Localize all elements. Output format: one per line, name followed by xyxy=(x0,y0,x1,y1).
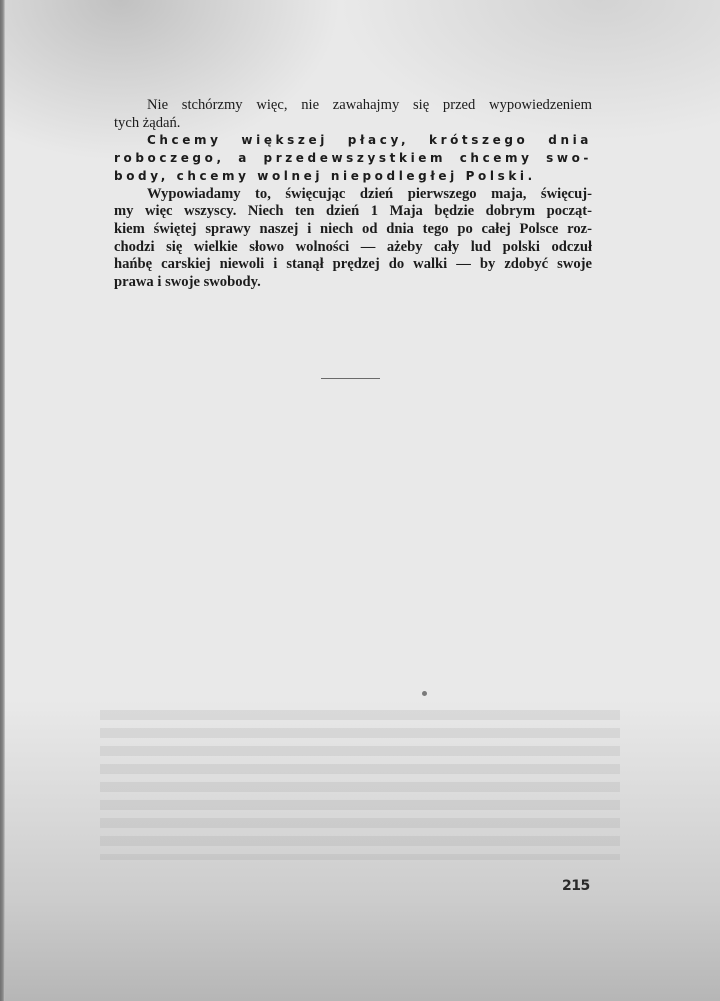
scanned-page: Nie stchórzmy więc, nie zawahajmy się pr… xyxy=(0,0,720,1001)
paragraph-2-demands: Chcemy większej płacy, krótszego dnia ro… xyxy=(114,132,592,185)
text-line: Wypowiadamy to, święcując dzień pierwsze… xyxy=(114,186,592,204)
text-line: Chcemy większej płacy, krótszego dnia xyxy=(114,132,592,150)
text-line: Nie stchórzmy więc, nie zawahajmy się pr… xyxy=(114,97,592,115)
text-line: chodzi się wielkie słowo wolności — ażeb… xyxy=(114,239,592,257)
paragraph-1: Nie stchórzmy więc, nie zawahajmy się pr… xyxy=(114,97,592,132)
text-line: body, chcemy wolnej niepodległej Polski. xyxy=(114,168,592,186)
text-line: my więc wszyscy. Niech ten dzień 1 Maja … xyxy=(114,203,592,221)
text-line: roboczego, a przedewszystkiem chcemy swo… xyxy=(114,150,592,168)
bleed-through-text xyxy=(100,710,620,860)
ink-spot xyxy=(422,691,427,696)
section-divider xyxy=(321,378,380,379)
body-text: Nie stchórzmy więc, nie zawahajmy się pr… xyxy=(114,97,592,292)
text-line: kiem świętej sprawy naszej i niech od dn… xyxy=(114,221,592,239)
text-line: tych żądań. xyxy=(114,115,592,133)
page-binding-edge xyxy=(0,0,5,1001)
text-line: hańbę carskiej niewoli i stanął prędzej … xyxy=(114,256,592,274)
text-line: prawa i swoje swobody. xyxy=(114,274,592,292)
page-number: 215 xyxy=(562,878,590,894)
paragraph-3: Wypowiadamy to, święcując dzień pierwsze… xyxy=(114,186,592,292)
